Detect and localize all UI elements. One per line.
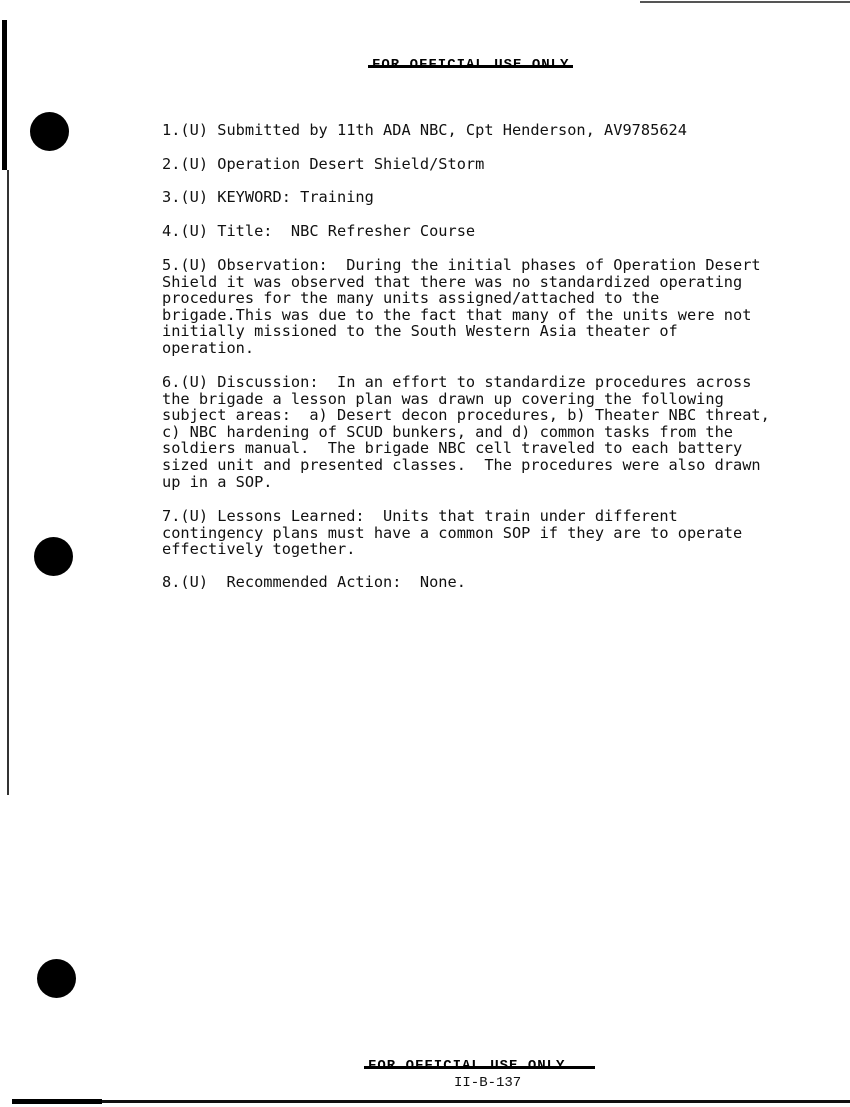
paragraph-title: 4.(U) Title: NBC Refresher Course xyxy=(162,223,842,240)
classification-marking-footer: FOR OFFICIAL USE ONLY xyxy=(368,1058,565,1074)
scan-edge-left xyxy=(2,20,7,170)
punch-hole-icon xyxy=(37,959,76,998)
paragraph-lessons-learned: 7.(U) Lessons Learned: Units that train … xyxy=(162,508,842,558)
document-page: FOR OFFICIAL USE ONLY 1.(U) Submitted by… xyxy=(0,0,850,1107)
page-number: II-B-137 xyxy=(454,1075,521,1091)
strikethrough-line xyxy=(368,65,573,68)
paragraph-operation: 2.(U) Operation Desert Shield/Storm xyxy=(162,156,842,173)
paragraph-submitted-by: 1.(U) Submitted by 11th ADA NBC, Cpt Hen… xyxy=(162,122,842,139)
scan-edge-bottom xyxy=(12,1100,850,1103)
paragraph-keyword: 3.(U) KEYWORD: Training xyxy=(162,189,842,206)
classification-marking-header: FOR OFFICIAL USE ONLY xyxy=(372,57,569,73)
punch-hole-icon xyxy=(34,537,73,576)
punch-hole-icon xyxy=(30,112,69,151)
scan-edge-top xyxy=(640,1,850,3)
paragraph-recommended-action: 8.(U) Recommended Action: None. xyxy=(162,574,842,591)
strikethrough-line xyxy=(364,1066,595,1069)
paragraph-observation: 5.(U) Observation: During the initial ph… xyxy=(162,257,842,357)
paragraph-discussion: 6.(U) Discussion: In an effort to standa… xyxy=(162,374,842,490)
scan-edge-bottom-thick xyxy=(12,1099,102,1104)
scan-edge-left-thin xyxy=(7,170,9,795)
